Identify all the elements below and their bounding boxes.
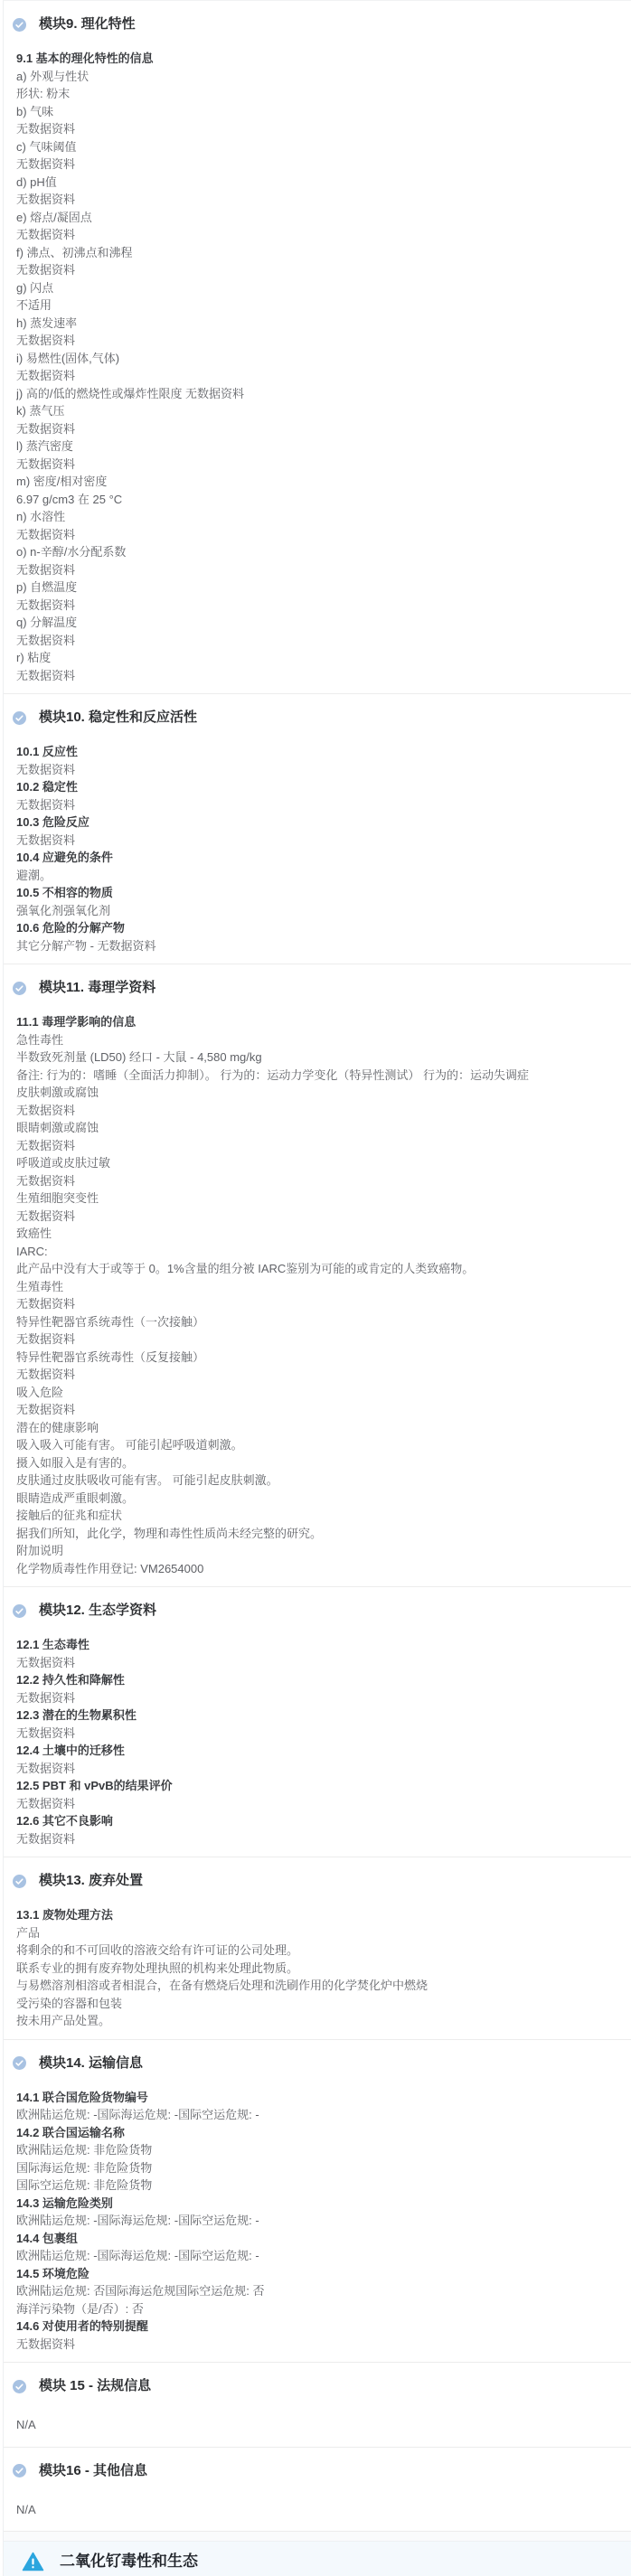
text-line: 无数据资料	[16, 667, 626, 685]
subsection-heading: 10.6 危险的分解产物	[16, 919, 626, 937]
text-line: 国际海运危规: 非危险货物	[16, 2159, 626, 2177]
text-line: 6.97 g/cm3 在 25 °C	[16, 491, 626, 509]
subsection-heading: 14.6 对使用者的特别提醒	[16, 2317, 626, 2336]
text-line: 化学物质毒性作用登记: VM2654000	[16, 1560, 626, 1578]
text-line: 无数据资料	[16, 796, 626, 814]
subsection-heading: 10.3 危险反应	[16, 813, 626, 832]
section-header: 模块9. 理化特性	[4, 1, 631, 34]
section-body: 13.1 废物处理方法产品将剩余的和不可回收的溶液交给有许可证的公司处理。联系专…	[4, 1891, 631, 2039]
toxicity-panel-header[interactable]: 二氧化钌毒性和生态	[4, 2542, 631, 2576]
text-line: n) 水溶性	[16, 508, 626, 526]
text-line: 备注: 行为的：嗜睡（全面活力抑制）。 行为的：运动力学变化（特异性测试） 行为…	[16, 1067, 626, 1085]
text-line: 无数据资料	[16, 832, 626, 850]
text-line: e) 熔点/凝固点	[16, 209, 626, 227]
text-line: 海洋污染物（是/否）: 否	[16, 2300, 626, 2318]
text-line: 无数据资料	[16, 420, 626, 438]
text-line: 将剩余的和不可回收的溶液交给有许可证的公司处理。	[16, 1941, 626, 1960]
text-line: 无数据资料	[16, 1401, 626, 1419]
text-line: 据我们所知，此化学，物理和毒性性质尚未经完整的研究。	[16, 1525, 626, 1543]
subsection-heading: 14.5 环境危险	[16, 2265, 626, 2283]
text-line: 无数据资料	[16, 1295, 626, 1313]
section-header: 模块11. 毒理学资料	[4, 964, 631, 998]
section-title: 模块10. 稳定性和反应活性	[39, 708, 197, 728]
section-body: 9.1 基本的理化特性的信息a) 外观与性状形状: 粉末b) 气味无数据资料c)…	[4, 34, 631, 693]
section-title: 模块14. 运输信息	[39, 2054, 143, 2073]
subsection-heading: 12.1 生态毒性	[16, 1636, 626, 1654]
text-line: 摄入如服入是有害的。	[16, 1454, 626, 1472]
text-line: 无数据资料	[16, 191, 626, 209]
text-line: 无数据资料	[16, 1725, 626, 1743]
text-line: 无数据资料	[16, 1689, 626, 1707]
text-line: 无数据资料	[16, 367, 626, 385]
section-body: 12.1 生态毒性无数据资料12.2 持久性和降解性无数据资料12.3 潜在的生…	[4, 1621, 631, 1857]
check-circle-icon	[13, 18, 26, 32]
section-module-12: 模块12. 生态学资料12.1 生态毒性无数据资料12.2 持久性和降解性无数据…	[4, 1587, 631, 1857]
text-line: 无数据资料	[16, 1830, 626, 1848]
text-line: q) 分解温度	[16, 614, 626, 632]
sds-sections-container: 模块9. 理化特性9.1 基本的理化特性的信息a) 外观与性状形状: 粉末b) …	[4, 1, 631, 2532]
text-line: o) n-辛醇/水分配系数	[16, 543, 626, 561]
section-header: 模块14. 运输信息	[4, 2040, 631, 2073]
text-line: 无数据资料	[16, 1330, 626, 1349]
section-title: 模块16 - 其他信息	[39, 2461, 147, 2481]
section-body: 10.1 反应性无数据资料10.2 稳定性无数据资料10.3 危险反应无数据资料…	[4, 728, 631, 964]
text-line: 致癌性	[16, 1225, 626, 1243]
text-line: 无数据资料	[16, 332, 626, 350]
section-module-14: 模块14. 运输信息14.1 联合国危险货物编号欧洲陆运危规: -国际海运危规:…	[4, 2040, 631, 2363]
section-body: N/A	[4, 2396, 631, 2447]
section-module-10: 模块10. 稳定性和反应活性10.1 反应性无数据资料10.2 稳定性无数据资料…	[4, 694, 631, 964]
subsection-heading: 12.4 土壤中的迁移性	[16, 1742, 626, 1760]
subsection-heading: 11.1 毒理学影响的信息	[16, 1013, 626, 1031]
text-line: 生殖毒性	[16, 1278, 626, 1296]
section-header: 模块16 - 其他信息	[4, 2448, 631, 2481]
subsection-heading: 12.6 其它不良影响	[16, 1812, 626, 1830]
subsection-heading: 12.5 PBT 和 vPvB的结果评价	[16, 1777, 626, 1795]
subsection-heading: 10.4 应避免的条件	[16, 849, 626, 867]
text-line: 吸入危险	[16, 1384, 626, 1402]
text-line: 无数据资料	[16, 1137, 626, 1155]
section-title: 模块9. 理化特性	[39, 14, 136, 34]
text-line: 欧洲陆运危规: -国际海运危规: -国际空运危规: -	[16, 2247, 626, 2265]
text-line: 急性毒性	[16, 1031, 626, 1049]
text-line: 皮肤通过皮肤吸收可能有害。 可能引起皮肤刺激。	[16, 1471, 626, 1490]
text-line: 无数据资料	[16, 1102, 626, 1120]
text-line: 附加说明	[16, 1542, 626, 1560]
text-line: j) 高的/低的燃烧性或爆炸性限度 无数据资料	[16, 385, 626, 403]
section-header: 模块13. 废弃处置	[4, 1857, 631, 1891]
text-line: 无数据资料	[16, 2336, 626, 2354]
text-line: c) 气味阈值	[16, 138, 626, 156]
section-module-13: 模块13. 废弃处置13.1 废物处理方法产品将剩余的和不可回收的溶液交给有许可…	[4, 1857, 631, 2039]
subsection-heading: 14.4 包裹组	[16, 2230, 626, 2248]
section-title: 模块12. 生态学资料	[39, 1601, 156, 1621]
section-body: 11.1 毒理学影响的信息急性毒性半数致死剂量 (LD50) 经口 - 大鼠 -…	[4, 998, 631, 1586]
text-line: 无数据资料	[16, 1654, 626, 1672]
text-line: 与易燃溶剂相溶或者相混合，在备有燃烧后处理和洗刷作用的化学焚化炉中燃烧	[16, 1977, 626, 1995]
section-header: 模块10. 稳定性和反应活性	[4, 694, 631, 728]
text-line: r) 粘度	[16, 649, 626, 667]
section-module-9: 模块9. 理化特性9.1 基本的理化特性的信息a) 外观与性状形状: 粉末b) …	[4, 1, 631, 693]
text-line: 无数据资料	[16, 597, 626, 615]
text-line: 受污染的容器和包装	[16, 1995, 626, 2013]
text-line: 眼睛刺激或腐蚀	[16, 1119, 626, 1137]
subsection-heading: 14.1 联合国危险货物编号	[16, 2089, 626, 2107]
text-line: d) pH值	[16, 174, 626, 192]
text-line: 无数据资料	[16, 526, 626, 544]
subsection-heading: 14.2 联合国运输名称	[16, 2124, 626, 2142]
toxicity-panel-title: 二氧化钌毒性和生态	[60, 2552, 198, 2571]
subsection-heading: 14.3 运输危险类别	[16, 2195, 626, 2213]
text-line: N/A	[16, 2416, 626, 2434]
section-body: N/A	[4, 2481, 631, 2532]
text-line: 无数据资料	[16, 456, 626, 474]
text-line: N/A	[16, 2501, 626, 2519]
text-line: 特异性靶器官系统毒性（反复接触）	[16, 1349, 626, 1367]
text-line: 国际空运危规: 非危险货物	[16, 2176, 626, 2195]
text-line: 吸入吸入可能有害。 可能引起呼吸道刺激。	[16, 1436, 626, 1454]
text-line: IARC:	[16, 1243, 626, 1261]
text-line: b) 气味	[16, 103, 626, 121]
section-title: 模块13. 废弃处置	[39, 1871, 143, 1891]
text-line: 不适用	[16, 296, 626, 315]
section-title: 模块11. 毒理学资料	[39, 978, 155, 998]
subsection-heading: 10.2 稳定性	[16, 778, 626, 796]
subsection-heading: 10.5 不相容的物质	[16, 884, 626, 902]
text-line: 无数据资料	[16, 761, 626, 779]
subsection-heading: 12.3 潜在的生物累积性	[16, 1706, 626, 1725]
text-line: i) 易燃性(固体,气体)	[16, 350, 626, 368]
text-line: g) 闪点	[16, 279, 626, 297]
text-line: 潜在的健康影响	[16, 1419, 626, 1437]
text-line: 无数据资料	[16, 226, 626, 244]
text-line: 按未用产品处置。	[16, 2012, 626, 2030]
section-header: 模块12. 生态学资料	[4, 1587, 631, 1621]
text-line: 强氧化剂强氧化剂	[16, 902, 626, 920]
text-line: k) 蒸气压	[16, 402, 626, 420]
text-line: m) 密度/相对密度	[16, 473, 626, 491]
check-circle-icon	[13, 2380, 26, 2393]
check-circle-icon	[13, 2056, 26, 2070]
text-line: 半数致死剂量 (LD50) 经口 - 大鼠 - 4,580 mg/kg	[16, 1048, 626, 1067]
subsection-heading: 13.1 废物处理方法	[16, 1906, 626, 1924]
subsection-heading: 12.2 持久性和降解性	[16, 1671, 626, 1689]
text-line: p) 自燃温度	[16, 578, 626, 597]
check-circle-icon	[13, 982, 26, 995]
text-line: 无数据资料	[16, 155, 626, 174]
text-line: 生殖细胞突变性	[16, 1189, 626, 1208]
text-line: 联系专业的拥有废弃物处理执照的机构来处理此物质。	[16, 1960, 626, 1978]
text-line: f) 沸点、初沸点和沸程	[16, 244, 626, 262]
text-line: 特异性靶器官系统毒性（一次接触）	[16, 1313, 626, 1331]
text-line: 接触后的征兆和症状	[16, 1507, 626, 1525]
text-line: 皮肤刺激或腐蚀	[16, 1084, 626, 1102]
text-line: 无数据资料	[16, 561, 626, 579]
text-line: 无数据资料	[16, 632, 626, 650]
text-line: 此产品中没有大于或等于 0。1%含量的组分被 IARC鉴别为可能的或肯定的人类致…	[16, 1260, 626, 1278]
text-line: 无数据资料	[16, 1172, 626, 1190]
text-line: l) 蒸汽密度	[16, 437, 626, 456]
text-line: 无数据资料	[16, 1366, 626, 1384]
text-line: 其它分解产物 - 无数据资料	[16, 937, 626, 955]
panel-gap	[4, 2532, 631, 2542]
warning-triangle-icon	[22, 2552, 44, 2571]
text-line: 无数据资料	[16, 261, 626, 279]
text-line: a) 外观与性状	[16, 68, 626, 86]
check-circle-icon	[13, 2464, 26, 2477]
text-line: 眼睛造成严重眼刺激。	[16, 1490, 626, 1508]
section-title: 模块 15 - 法规信息	[39, 2376, 151, 2396]
text-line: 欧洲陆运危规: 非危险货物	[16, 2141, 626, 2159]
section-header: 模块 15 - 法规信息	[4, 2363, 631, 2396]
text-line: 欧洲陆运危规: -国际海运危规: -国际空运危规: -	[16, 2106, 626, 2124]
text-line: 无数据资料	[16, 1760, 626, 1778]
text-line: 呼吸道或皮肤过敏	[16, 1154, 626, 1172]
text-line: 形状: 粉末	[16, 85, 626, 103]
subsection-heading: 10.1 反应性	[16, 743, 626, 761]
check-circle-icon	[13, 1604, 26, 1618]
check-circle-icon	[13, 1875, 26, 1888]
section-module-11: 模块11. 毒理学资料11.1 毒理学影响的信息急性毒性半数致死剂量 (LD50…	[4, 964, 631, 1586]
text-line: 避潮。	[16, 867, 626, 885]
check-circle-icon	[13, 711, 26, 725]
section-module-16: 模块16 - 其他信息N/A	[4, 2448, 631, 2532]
text-line: h) 蒸发速率	[16, 315, 626, 333]
text-line: 无数据资料	[16, 120, 626, 138]
section-body: 14.1 联合国危险货物编号欧洲陆运危规: -国际海运危规: -国际空运危规: …	[4, 2073, 631, 2363]
section-module-15: 模块 15 - 法规信息N/A	[4, 2363, 631, 2447]
text-line: 无数据资料	[16, 1208, 626, 1226]
text-line: 欧洲陆运危规: 否国际海运危规国际空运危规: 否	[16, 2282, 626, 2300]
text-line: 欧洲陆运危规: -国际海运危规: -国际空运危规: -	[16, 2212, 626, 2230]
text-line: 产品	[16, 1924, 626, 1942]
sds-document-page: 模块9. 理化特性9.1 基本的理化特性的信息a) 外观与性状形状: 粉末b) …	[3, 0, 631, 2576]
text-line: 无数据资料	[16, 1795, 626, 1813]
subsection-heading: 9.1 基本的理化特性的信息	[16, 50, 626, 68]
